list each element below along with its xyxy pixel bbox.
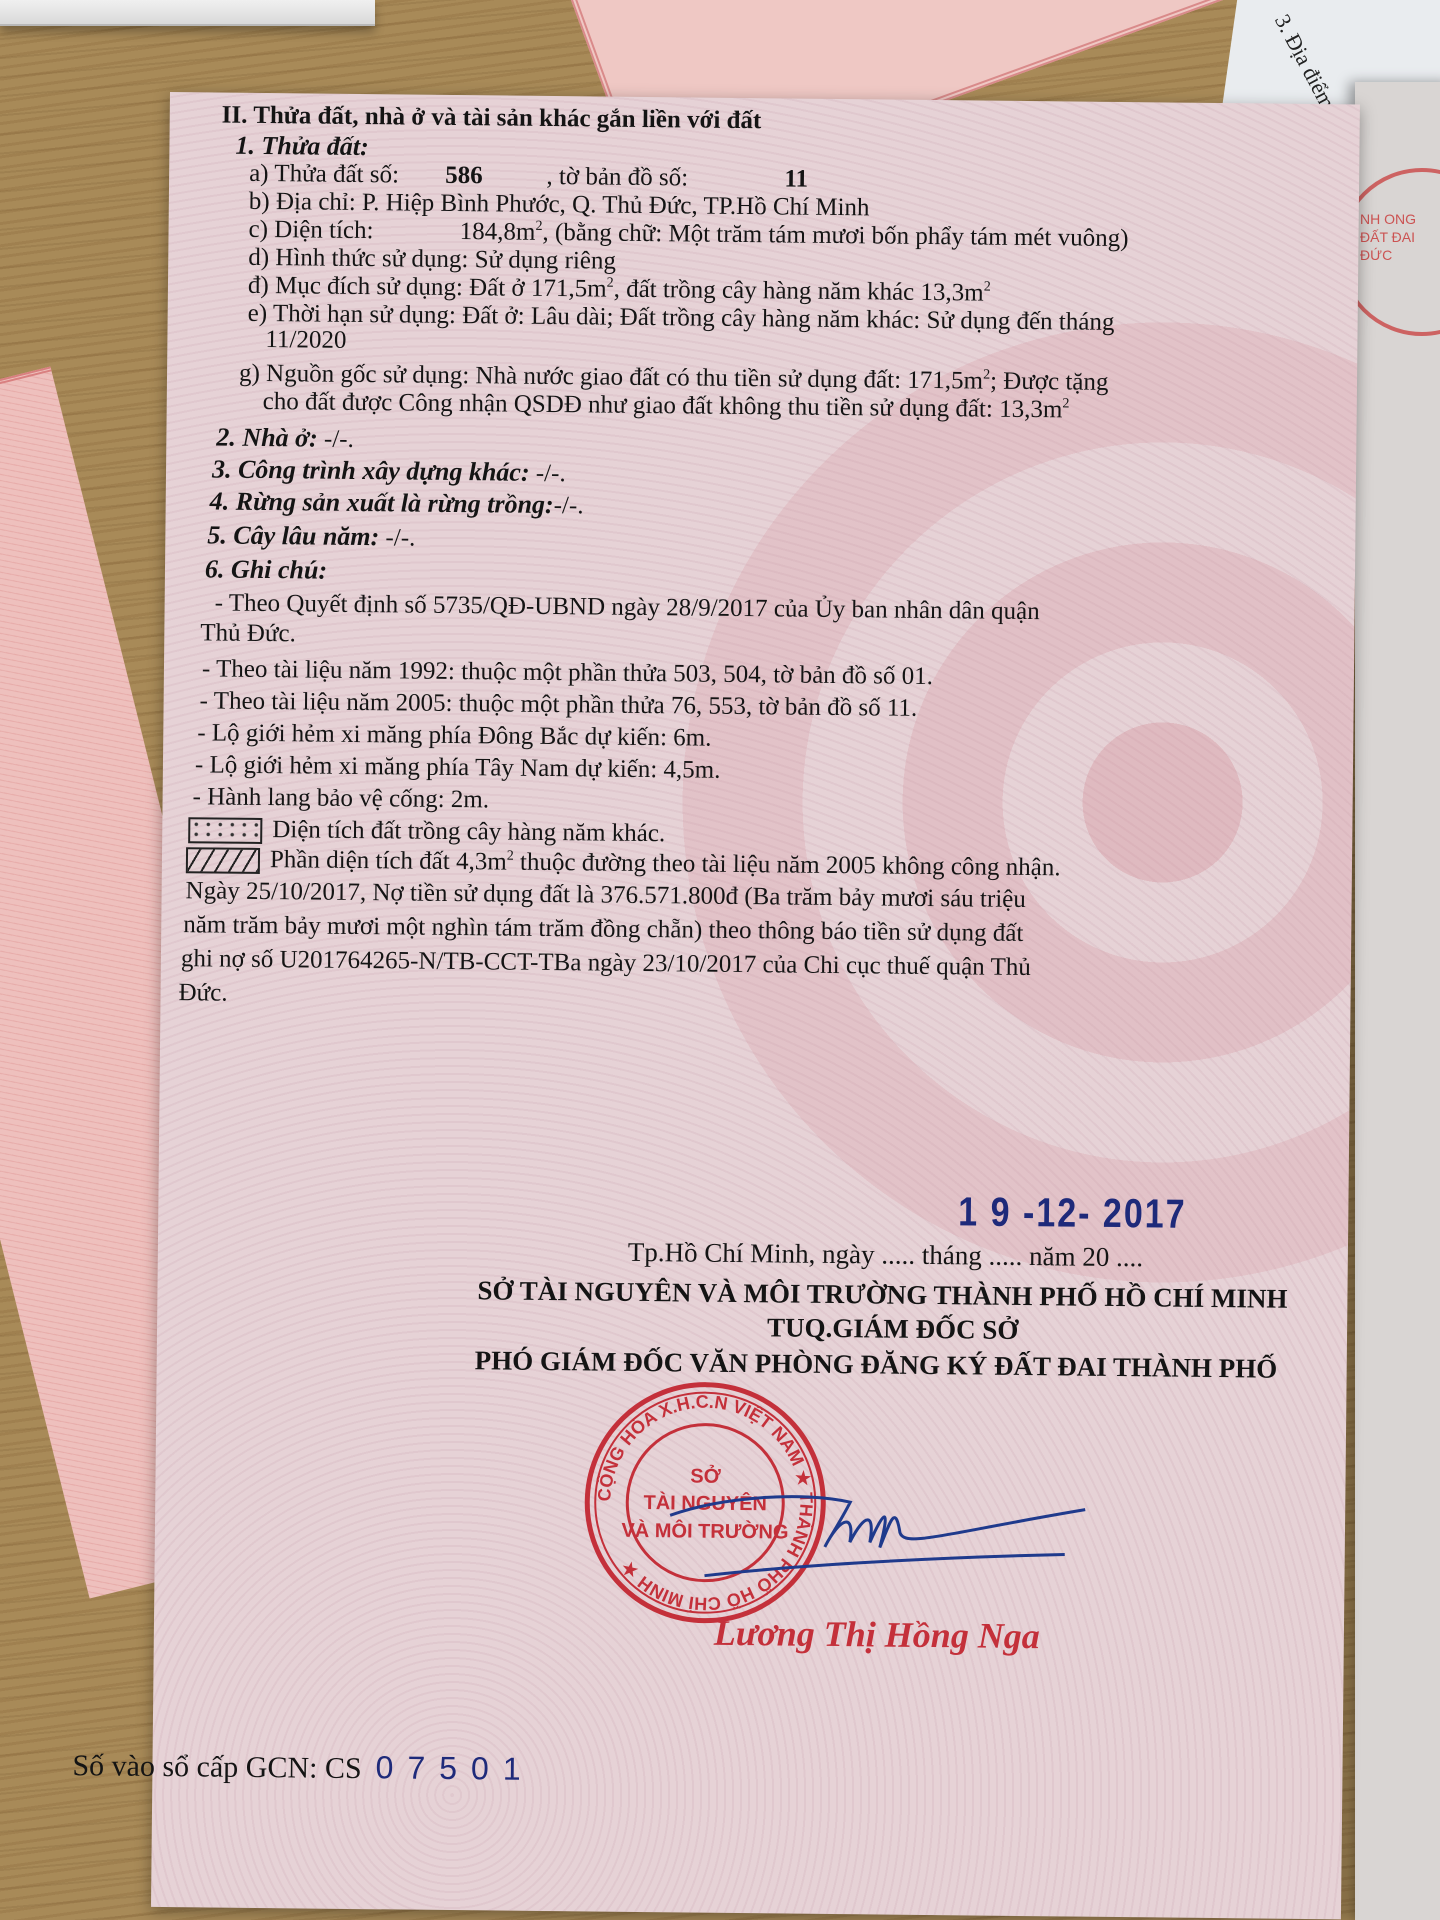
- right-stamp-text: NH ONG ĐẤT ĐAI ĐỨC: [1360, 210, 1440, 264]
- date-stamp: 1 9 -12- 2017: [958, 1189, 1187, 1238]
- debt-note-line: Đức.: [178, 978, 227, 1009]
- legend-dotted: Diện tích đất trồng cây hàng năm khác.: [188, 814, 665, 849]
- serial-number: 07501: [375, 1749, 534, 1787]
- background-certificate-right: [1355, 82, 1440, 1920]
- legend-text: Diện tích đất trồng cây hàng năm khác.: [272, 816, 665, 847]
- superscript: 2: [984, 280, 991, 295]
- item-value: -/-.: [379, 524, 415, 551]
- purpose-crop: , đất trồng cây hàng năm khác 13,3m: [614, 276, 984, 307]
- serial-label: Số vào sổ cấp GCN: CS: [72, 1749, 362, 1785]
- map-sheet-number: 11: [784, 164, 808, 194]
- purpose-residential: đ) Mục đích sử dụng: Đất ở 171,5m: [248, 272, 607, 303]
- hatched-box-icon: [186, 847, 260, 874]
- item-house: 2. Nhà ở: -/-.: [216, 423, 354, 455]
- debt-note-line: ghi nợ số U201764265-N/TB-CCT-TBa ngày 2…: [181, 944, 1031, 983]
- note-line: - Theo tài liệu năm 1992: thuộc một phần…: [202, 654, 933, 692]
- item-label: 4. Rừng sản xuất là rừng trồng:: [210, 486, 554, 519]
- note-line: - Hành lang bảo vệ cống: 2m.: [192, 782, 489, 815]
- parcel-label: a) Thửa đất số:: [249, 160, 399, 189]
- land-heading: 1. Thửa đất:: [235, 131, 369, 162]
- book-edge: [0, 0, 375, 26]
- legend-text: Phần diện tích đất 4,3m: [270, 846, 507, 875]
- role-line-1: TUQ.GIÁM ĐỐC SỞ: [767, 1312, 1019, 1345]
- item-value: -/-.: [529, 460, 565, 487]
- item-value: -/-.: [554, 492, 584, 519]
- area-words: , (bằng chữ: Một trăm tám mươi bốn phẩy …: [542, 219, 1128, 252]
- note-line: - Theo Quyết định số 5735/QĐ-UBND ngày 2…: [214, 588, 1039, 627]
- note-line: - Theo tài liệu năm 2005: thuộc một phần…: [199, 686, 917, 724]
- signature-icon: [664, 1475, 1115, 1590]
- item-label: 6. Ghi chú:: [205, 554, 327, 584]
- debt-note-line: năm trăm bảy mươi một nghìn tám trăm đồn…: [183, 910, 1023, 949]
- superscript: 2: [1062, 396, 1069, 411]
- dotted-box-icon: [188, 817, 262, 844]
- item-label: 3. Công trình xây dựng khác:: [212, 454, 530, 486]
- serial-line: Số vào sổ cấp GCN: CS07501: [72, 1749, 534, 1786]
- note-line: - Lộ giới hẻm xi măng phía Đông Bắc dự k…: [197, 718, 711, 753]
- term-line-2: 11/2020: [265, 325, 346, 356]
- note-line: - Lộ giới hẻm xi măng phía Tây Nam dự ki…: [195, 750, 721, 786]
- area-value: 184,8m: [460, 218, 536, 246]
- map-sheet-label: , tờ bản đồ số:: [546, 163, 688, 191]
- item-forest: 4. Rừng sản xuất là rừng trồng:-/-.: [210, 486, 584, 521]
- item-value: -/-.: [318, 426, 354, 453]
- parcel-number: 586: [445, 161, 540, 192]
- item-label: 5. Cây lâu năm:: [207, 520, 379, 551]
- certificate-page: II. Thửa đất, nhà ở và tài sản khác gắn …: [151, 92, 1360, 1919]
- item-label: 2. Nhà ở:: [216, 423, 318, 453]
- origin-text-3: cho đất được Công nhận QSDĐ như giao đất…: [263, 388, 1063, 423]
- origin-text-2: ; Được tặng: [990, 368, 1109, 396]
- note-line: Thủ Đức.: [200, 618, 296, 649]
- legend-text-2: thuộc đường theo tài liệu năm 2005 không…: [514, 849, 1061, 882]
- item-notes: 6. Ghi chú:: [205, 554, 327, 586]
- area-label: c) Diện tích:: [248, 216, 373, 244]
- org-line: SỞ TÀI NGUYÊN VÀ MÔI TRƯỜNG THÀNH PHỐ HỒ…: [477, 1275, 1287, 1313]
- debt-note-line: Ngày 25/10/2017, Nợ tiền sử dụng đất là …: [185, 876, 1026, 915]
- place-date: Tp.Hồ Chí Minh, ngày ..... tháng ..... n…: [628, 1237, 1144, 1272]
- item-perennial: 5. Cây lâu năm: -/-.: [207, 520, 415, 553]
- item-other-construction: 3. Công trình xây dựng khác: -/-.: [212, 454, 566, 489]
- signer-name: Lương Thị Hồng Nga: [714, 1612, 1040, 1657]
